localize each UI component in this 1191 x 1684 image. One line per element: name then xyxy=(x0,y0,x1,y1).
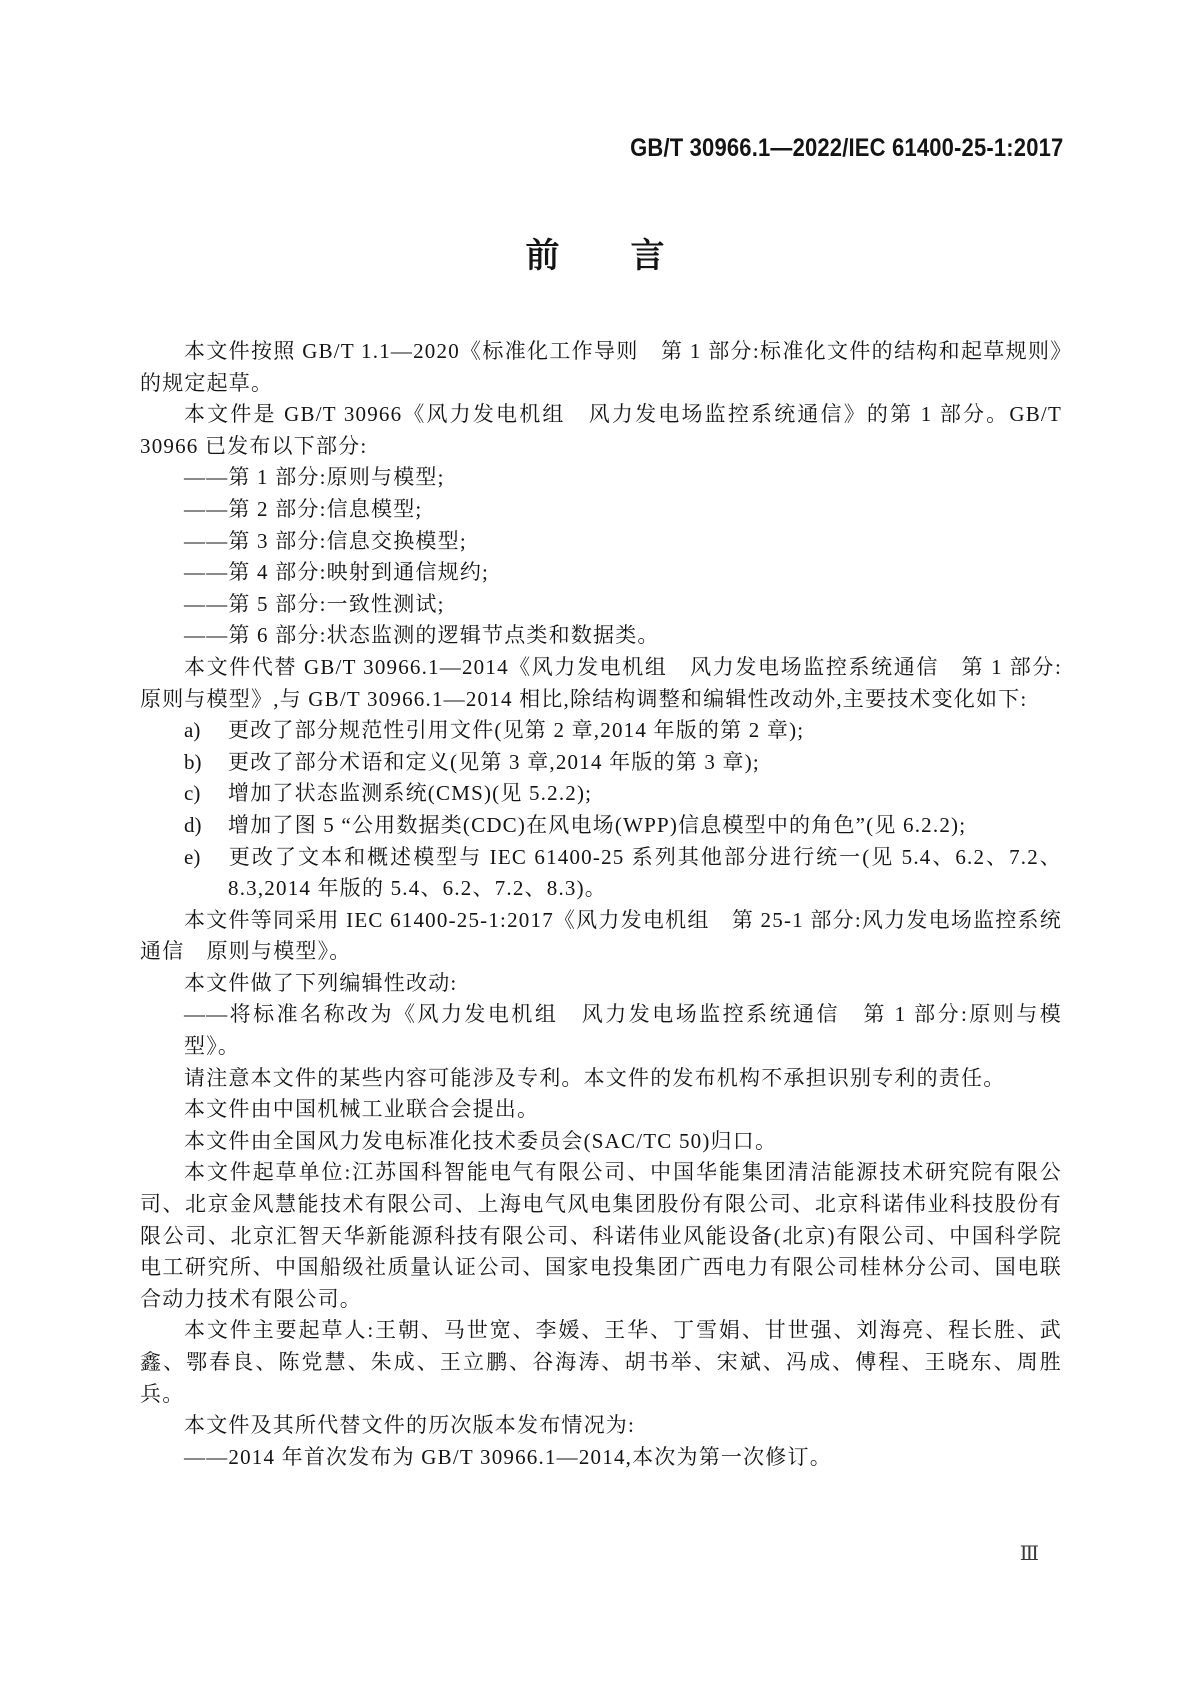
foreword-paragraph: b)更改了部分术语和定义(见第 3 章,2014 年版的第 3 章); xyxy=(140,747,1062,779)
list-item-marker: a) xyxy=(184,715,228,747)
foreword-paragraph: 请注意本文件的某些内容可能涉及专利。本文件的发布机构不承担识别专利的责任。 xyxy=(140,1063,1062,1095)
foreword-paragraph: ——第 2 部分:信息模型; xyxy=(140,494,1062,526)
list-item-marker: d) xyxy=(184,810,228,842)
foreword-paragraph: 本文件由全国风力发电标准化技术委员会(SAC/TC 50)归口。 xyxy=(140,1126,1062,1158)
document-code: GB/T 30966.1—2022/IEC 61400-25-1:2017 xyxy=(630,134,1063,163)
list-item-marker: c) xyxy=(184,778,228,810)
foreword-paragraph: 本文件等同采用 IEC 61400-25-1:2017《风力发电机组 第 25-… xyxy=(140,905,1062,968)
foreword-paragraph: 本文件按照 GB/T 1.1—2020《标准化工作导则 第 1 部分:标准化文件… xyxy=(140,336,1062,399)
foreword-paragraph: ——第 6 部分:状态监测的逻辑节点类和数据类。 xyxy=(140,620,1062,652)
foreword-paragraph: 本文件由中国机械工业联合会提出。 xyxy=(140,1094,1062,1126)
page-number: Ⅲ xyxy=(1020,1541,1039,1566)
foreword-paragraph: 本文件代替 GB/T 30966.1—2014《风力发电机组 风力发电场监控系统… xyxy=(140,652,1062,715)
document-page: { "page": { "header_code": "GB/T 30966.1… xyxy=(0,0,1191,1684)
foreword-paragraph: ——第 5 部分:一致性测试; xyxy=(140,589,1062,621)
list-item-marker: e) xyxy=(184,842,228,874)
foreword-paragraph: d)增加了图 5 “公用数据类(CDC)在风电场(WPP)信息模型中的角色”(见… xyxy=(140,810,1062,842)
foreword-paragraph: 本文件是 GB/T 30966《风力发电机组 风力发电场监控系统通信》的第 1 … xyxy=(140,399,1062,462)
foreword-paragraph: 本文件及其所代替文件的历次版本发布情况为: xyxy=(140,1410,1062,1442)
foreword-paragraph: ——将标准名称改为《风力发电机组 风力发电场监控系统通信 第 1 部分:原则与模… xyxy=(140,999,1062,1062)
foreword-paragraph: ——第 4 部分:映射到通信规约; xyxy=(140,557,1062,589)
page-title: 前 言 xyxy=(0,234,1191,278)
foreword-paragraph: ——2014 年首次发布为 GB/T 30966.1—2014,本次为第一次修订… xyxy=(140,1442,1062,1474)
foreword-paragraph: a)更改了部分规范性引用文件(见第 2 章,2014 年版的第 2 章); xyxy=(140,715,1062,747)
foreword-paragraph: 本文件主要起草人:王朝、马世宽、李媛、王华、丁雪娟、甘世强、刘海亮、程长胜、武鑫… xyxy=(140,1315,1062,1410)
list-item-marker: b) xyxy=(184,747,228,779)
foreword-paragraph: 本文件起草单位:江苏国科智能电气有限公司、中国华能集团清洁能源技术研究院有限公司… xyxy=(140,1157,1062,1315)
foreword-paragraph: ——第 1 部分:原则与模型; xyxy=(140,462,1062,494)
foreword-paragraph: e)更改了文本和概述模型与 IEC 61400-25 系列其他部分进行统一(见 … xyxy=(140,842,1062,905)
foreword-body: 本文件按照 GB/T 1.1—2020《标准化工作导则 第 1 部分:标准化文件… xyxy=(140,336,1062,1473)
foreword-paragraph: 本文件做了下列编辑性改动: xyxy=(140,968,1062,1000)
foreword-paragraph: ——第 3 部分:信息交换模型; xyxy=(140,526,1062,558)
foreword-paragraph: c)增加了状态监测系统(CMS)(见 5.2.2); xyxy=(140,778,1062,810)
